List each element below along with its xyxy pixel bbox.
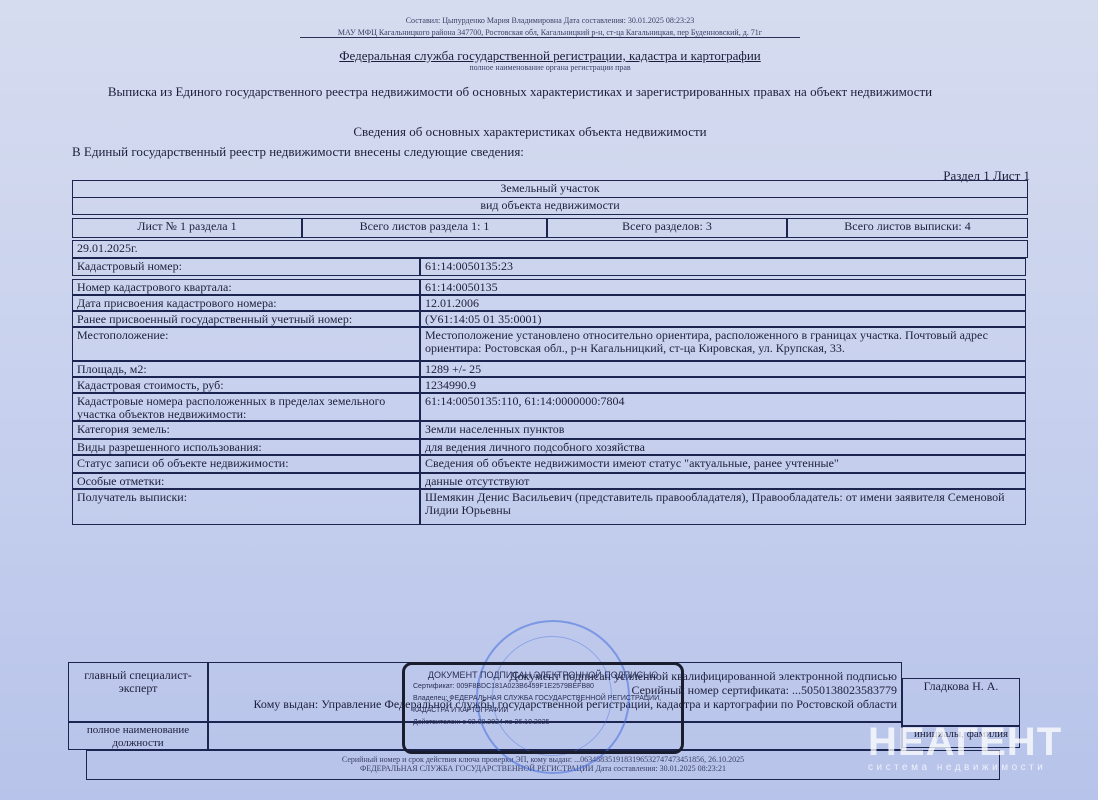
mfc-address: МАУ МФЦ Кагальницкого района 347700, Рос… — [300, 28, 800, 38]
document-title: Выписка из Единого государственного реес… — [60, 84, 980, 100]
cadastral-number: 61:14:0050135:23 — [420, 258, 1026, 276]
table-row: Дата присвоения кадастрового номера:12.0… — [72, 295, 1026, 311]
total-sections: Всего разделов: 3 — [547, 218, 787, 238]
row-value: Местоположение установлено относительно … — [420, 327, 1026, 361]
position-caption: полное наименование должности — [68, 722, 208, 750]
object-type-caption: вид объекта недвижимости — [72, 197, 1028, 215]
signer-name: Гладкова Н. А. — [902, 678, 1020, 726]
e-signature-stamp: ДОКУМЕНТ ПОДПИСАН ЭЛЕКТРОННОЙ ПОДПИСЬЮ С… — [402, 662, 684, 754]
row-value: Сведения об объекте недвижимости имеют с… — [420, 455, 1026, 473]
position: главный специалист-эксперт — [68, 662, 208, 722]
row-label: Статус записи об объекте недвижимости: — [72, 455, 420, 473]
row-label: Категория земель: — [72, 421, 420, 439]
total-sheets: Всего листов выписки: 4 — [787, 218, 1028, 238]
row-label: Ранее присвоенный государственный учетны… — [72, 311, 420, 327]
section-title: Сведения об основных характеристиках объ… — [200, 124, 860, 140]
row-value: данные отсутствуют — [420, 473, 1026, 489]
row-label: Кадастровая стоимость, руб: — [72, 377, 420, 393]
table-row: Номер кадастрового квартала:61:14:005013… — [72, 279, 1026, 295]
row-label: Кадастровые номера расположенных в преде… — [72, 393, 420, 421]
row-label: Виды разрешенного использования: — [72, 439, 420, 455]
watermark-brand: НЕАГЕНТ — [868, 722, 1062, 762]
sheet-number: Лист № 1 раздела 1 — [72, 218, 302, 238]
sheet-info-row: Лист № 1 раздела 1 Всего листов раздела … — [72, 218, 1028, 238]
object-type: Земельный участок — [72, 180, 1028, 198]
extract-date: 29.01.2025г. — [72, 240, 1028, 258]
row-value: для ведения личного подсобного хозяйства — [420, 439, 1026, 455]
table-row: Статус записи об объекте недвижимости:Св… — [72, 455, 1026, 473]
sheets-in-section: Всего листов раздела 1: 1 — [302, 218, 547, 238]
stamp-title: ДОКУМЕНТ ПОДПИСАН ЭЛЕКТРОННОЙ ПОДПИСЬЮ — [413, 669, 673, 681]
stamp-valid: Действителен: с 02.08.2024 по 26.10.2025 — [413, 717, 673, 729]
table-row: Кадастровая стоимость, руб:1234990.9 — [72, 377, 1026, 393]
row-value: 61:14:0050135 — [420, 279, 1026, 295]
cadastral-number-label: Кадастровый номер: — [72, 258, 420, 276]
table-row: Кадастровые номера расположенных в преде… — [72, 393, 1026, 421]
table-row: Площадь, м2:1289 +/- 25 — [72, 361, 1026, 377]
row-label: Местоположение: — [72, 327, 420, 361]
table-row: Виды разрешенного использования:для веде… — [72, 439, 1026, 455]
authority-caption: полное наименование органа регистрации п… — [300, 63, 800, 72]
watermark-tagline: система недвижимости — [868, 762, 1062, 773]
row-value: 1289 +/- 25 — [420, 361, 1026, 377]
table-row: Категория земель:Земли населенных пункто… — [72, 421, 1026, 439]
row-value: 61:14:0050135:110, 61:14:0000000:7804 — [420, 393, 1026, 421]
row-label: Особые отметки: — [72, 473, 420, 489]
row-value: Шемякин Денис Васильевич (представитель … — [420, 489, 1026, 525]
watermark-logo: НЕАГЕНТ система недвижимости — [868, 722, 1062, 773]
row-value: (У61:14:05 01 35:0001) — [420, 311, 1026, 327]
row-value: Земли населенных пунктов — [420, 421, 1026, 439]
intro-text: В Единый государственный реестр недвижим… — [72, 144, 772, 160]
row-label: Получатель выписки: — [72, 489, 420, 525]
stamp-owner: Владелец: ФЕДЕРАЛЬНАЯ СЛУЖБА ГОСУДАРСТВЕ… — [413, 693, 673, 717]
table-row: Получатель выписки:Шемякин Денис Василье… — [72, 489, 1026, 525]
cadastral-number-row: Кадастровый номер: 61:14:0050135:23 — [72, 258, 1026, 276]
row-label: Номер кадастрового квартала: — [72, 279, 420, 295]
row-label: Площадь, м2: — [72, 361, 420, 377]
row-label: Дата присвоения кадастрового номера: — [72, 295, 420, 311]
compiled-by: Составил: Цыпурденко Мария Владимировна … — [300, 16, 800, 25]
authority-name: Федеральная служба государственной регис… — [250, 48, 850, 64]
table-row: Ранее присвоенный государственный учетны… — [72, 311, 1026, 327]
table-row: Местоположение:Местоположение установлен… — [72, 327, 1026, 361]
row-value: 1234990.9 — [420, 377, 1026, 393]
table-row: Особые отметки:данные отсутствуют — [72, 473, 1026, 489]
stamp-certificate: Сертификат: 009F8BDC181A023B6459F1E2579B… — [413, 681, 673, 693]
row-value: 12.01.2006 — [420, 295, 1026, 311]
